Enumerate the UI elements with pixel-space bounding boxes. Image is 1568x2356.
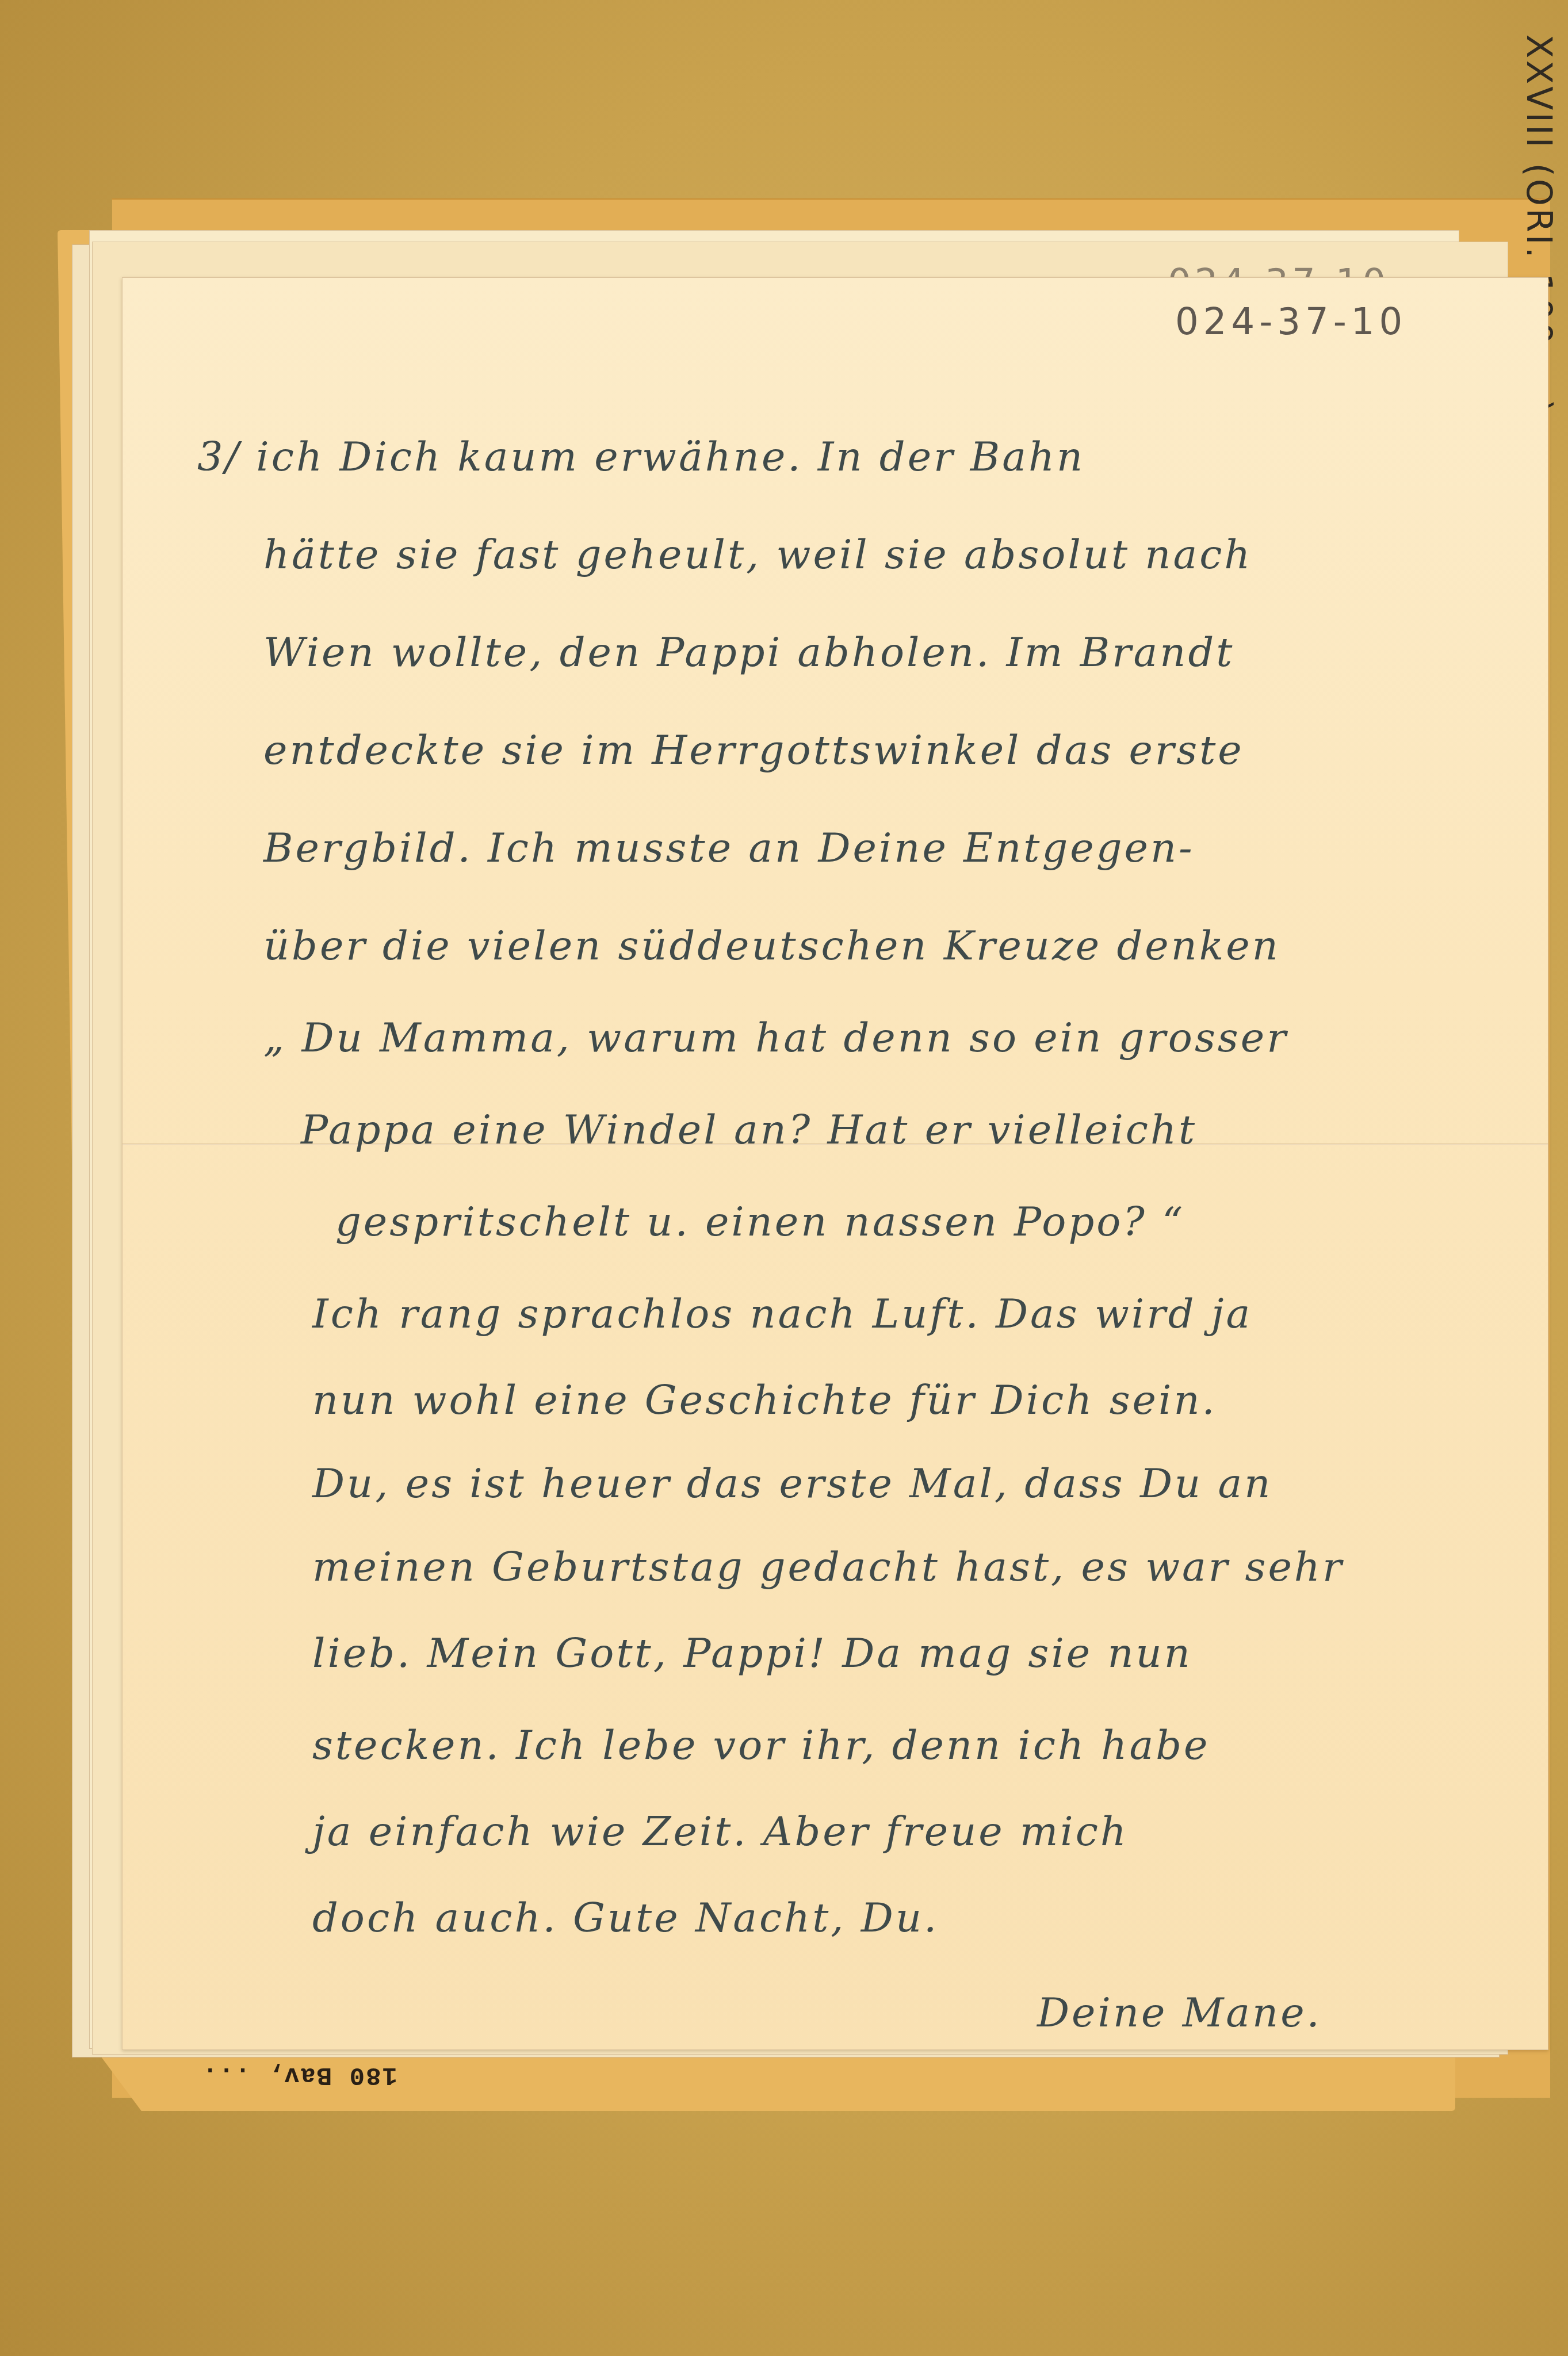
letter-line: Bergbild. Ich musste an Deine Entgegen- <box>263 824 1195 871</box>
letter-line: ja einfach wie Zeit. Aber freue mich <box>312 1808 1129 1855</box>
letter-line: 3/ ich Dich kaum erwähne. In der Bahn <box>197 433 1085 480</box>
letter-line: Ich rang sprachlos nach Luft. Das wird j… <box>312 1290 1252 1337</box>
archive-reference-number: 024-37-10 <box>1175 301 1407 343</box>
letter-line: „ Du Mamma, warum hat denn so ein grosse… <box>263 1014 1288 1061</box>
letter-line: meinen Geburtstag gedacht hast, es war s… <box>312 1543 1344 1590</box>
letter-line: stecken. Ich lebe vor ihr, denn ich habe <box>312 1722 1210 1769</box>
letter-page: 024-37-10 3/ ich Dich kaum erwähne. In d… <box>122 277 1548 2050</box>
letter-signature: Deine Mane. <box>1037 1989 1322 2036</box>
letter-line: Pappa eine Windel an? Hat er vielleicht <box>301 1106 1197 1153</box>
letter-line: über die vielen süddeutschen Kreuze denk… <box>263 922 1280 969</box>
letter-line: doch auch. Gute Nacht, Du. <box>312 1894 939 1941</box>
letter-line: Wien wollte, den Pappi abholen. Im Brand… <box>263 629 1234 676</box>
letter-line: nun wohl eine Geschichte für Dich sein. <box>312 1376 1217 1424</box>
folder-typed-label: 180 Bav, ... <box>201 2060 397 2089</box>
letter-line: entdeckte sie im Herrgottswinkel das ers… <box>263 726 1244 774</box>
letter-line: gespritschelt u. einen nassen Popo? “ <box>335 1198 1185 1245</box>
letter-line: hätte sie fast geheult, weil sie absolut… <box>263 531 1252 578</box>
letter-line: Du, es ist heuer das erste Mal, dass Du … <box>312 1460 1272 1507</box>
letter-line: lieb. Mein Gott, Pappi! Da mag sie nun <box>312 1630 1192 1677</box>
